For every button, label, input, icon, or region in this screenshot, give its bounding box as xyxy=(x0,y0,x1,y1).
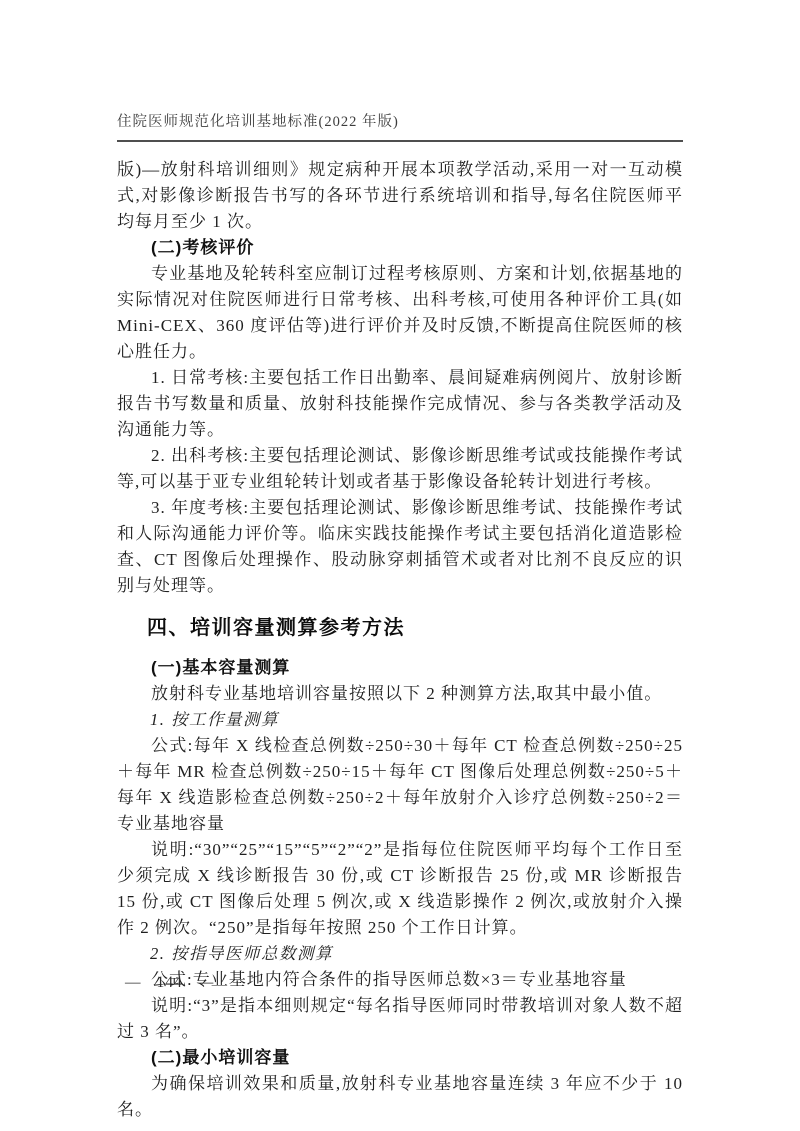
page-content: 住院医师规范化培训基地标准(2022 年版) 版)—放射科培训细则》规定病种开展… xyxy=(117,110,683,1123)
method-heading-workload: 1. 按工作量测算 xyxy=(117,707,683,733)
paragraph-capacity-methods-intro: 放射科专业基地培训容量按照以下 2 种测算方法,取其中最小值。 xyxy=(117,681,683,707)
section-heading-capacity-methods: 四、培训容量测算参考方法 xyxy=(117,614,683,642)
paragraph-process-assessment: 专业基地及轮转科室应制订过程考核原则、方案和计划,依据基地的实际情况对住院医师进… xyxy=(117,261,683,365)
document-page: 住院医师规范化培训基地标准(2022 年版) 版)—放射科培训细则》规定病种开展… xyxy=(0,0,800,1131)
footer-right-dash: — xyxy=(198,974,215,992)
page-number: 144 xyxy=(157,974,183,992)
paragraph-minimum-capacity: 为确保培训效果和质量,放射科专业基地容量连续 3 年应不少于 10 名。 xyxy=(117,1071,683,1123)
continued-paragraph: 版)—放射科培训细则》规定病种开展本项教学活动,采用一对一互动模式,对影像诊断报… xyxy=(117,157,683,235)
paragraph-workload-formula: 公式:每年 X 线检查总例数÷250÷30＋每年 CT 检查总例数÷250÷25… xyxy=(117,733,683,837)
paragraph-supervisor-explanation: 说明:“3”是指本细则规定“每名指导医师同时带教培训对象人数不超过 3 名”。 xyxy=(117,993,683,1045)
paragraph-daily-assessment: 1. 日常考核:主要包括工作日出勤率、晨间疑难病例阅片、放射诊断报告书写数量和质… xyxy=(117,365,683,443)
subsection-heading-basic-capacity: (一)基本容量测算 xyxy=(117,655,683,681)
paragraph-workload-explanation: 说明:“30”“25”“15”“5”“2”“2”是指每位住院医师平均每个工作日至… xyxy=(117,837,683,941)
paragraph-annual-exam: 3. 年度考核:主要包括理论测试、影像诊断思维考试、技能操作考试和人际沟通能力评… xyxy=(117,495,683,599)
running-header-title: 住院医师规范化培训基地标准(2022 年版) xyxy=(117,110,683,142)
footer-left-dash: — xyxy=(125,974,142,992)
method-heading-supervisor-count: 2. 按指导医师总数测算 xyxy=(117,941,683,967)
paragraph-rotation-exam: 2. 出科考核:主要包括理论测试、影像诊断思维考试或技能操作考试等,可以基于亚专… xyxy=(117,443,683,495)
subsection-heading-assessment: (二)考核评价 xyxy=(117,235,683,261)
page-footer: — 144 — xyxy=(125,974,214,992)
subsection-heading-minimum-capacity: (二)最小培训容量 xyxy=(117,1045,683,1071)
